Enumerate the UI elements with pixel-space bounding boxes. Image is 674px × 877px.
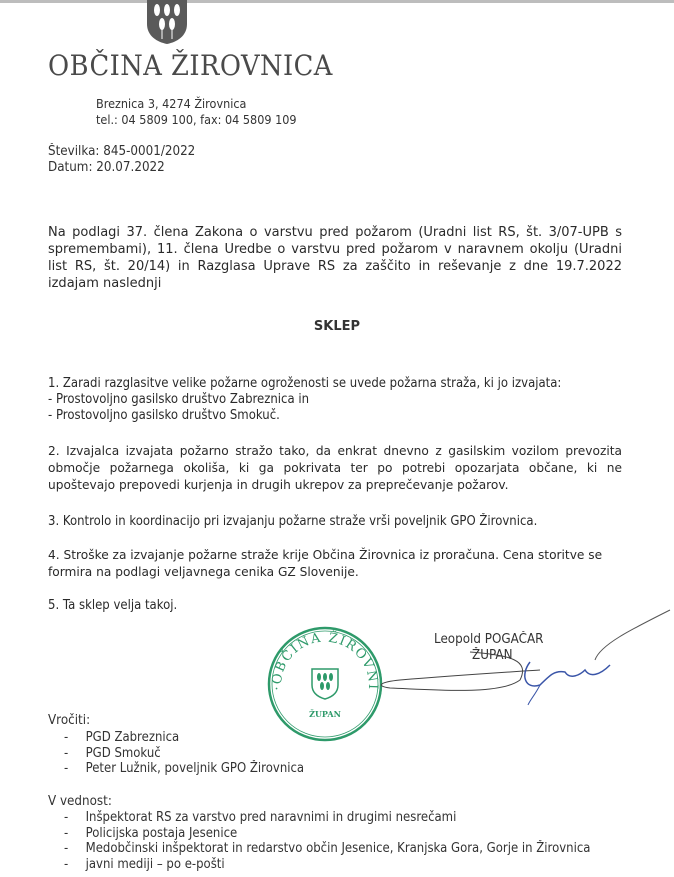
- page-top-edge: [0, 0, 674, 3]
- document-title: SKLEP: [0, 319, 674, 334]
- preamble: Na podlagi 37. člena Zakona o varstvu pr…: [48, 224, 622, 292]
- list-item: -Inšpektorat RS za varstvo pred naravnim…: [64, 810, 590, 826]
- municipality-name: OBČINA ŽIROVNICA: [48, 49, 333, 82]
- delivery-list: -PGD Zabreznica -PGD Smokuč -Peter Lužni…: [64, 730, 331, 777]
- point-1-line: 1. Zaradi razglasitve velike požarne ogr…: [48, 376, 565, 392]
- notice-label: V vednost:: [48, 794, 112, 809]
- stamp-role: ŽUPAN: [309, 709, 341, 719]
- point-4: 4. Stroške za izvajanje požarne straže k…: [48, 547, 622, 581]
- list-item: -Peter Lužnik, poveljnik GPO Žirovnica: [64, 761, 304, 777]
- svg-text:·OBČINA ŽIROVNICA·: ·OBČINA ŽIROVNICA·: [266, 625, 380, 691]
- contact-info: tel.: 04 5809 100, fax: 04 5809 109: [96, 112, 297, 127]
- list-item: -Medobčinski inšpektorat in redarstvo ob…: [64, 841, 590, 857]
- document-number: Številka: 845-0001/2022: [48, 144, 195, 159]
- point-1-line: - Prostovoljno gasilsko društvo Smokuč.: [48, 408, 565, 424]
- address: Breznica 3, 4274 Žirovnica: [96, 96, 246, 111]
- point-2: 2. Izvajalca izvajata požarno stražo tak…: [48, 443, 622, 494]
- point-1-line: - Prostovoljno gasilsko društvo Zabrezni…: [48, 392, 565, 408]
- delivery-label: Vročiti:: [48, 713, 90, 728]
- point-1: 1. Zaradi razglasitve velike požarne ogr…: [48, 376, 622, 424]
- handwritten-signature: [380, 600, 674, 710]
- list-item: -Policijska postaja Jesenice: [64, 826, 590, 842]
- list-item: -javni mediji – po e-pošti: [64, 857, 590, 873]
- stamp-text: ·OBČINA ŽIROVNICA·: [266, 625, 380, 691]
- coat-of-arms-icon: [145, 0, 189, 44]
- official-stamp: ·OBČINA ŽIROVNICA· ŽUPAN: [266, 625, 384, 743]
- point-3: 3. Kontrolo in koordinacijo pri izvajanj…: [48, 513, 565, 530]
- list-item: -PGD Smokuč: [64, 746, 304, 762]
- document-date: Datum: 20.07.2022: [48, 160, 165, 175]
- list-item: -PGD Zabreznica: [64, 730, 304, 746]
- notice-list: -Inšpektorat RS za varstvo pred naravnim…: [64, 810, 649, 872]
